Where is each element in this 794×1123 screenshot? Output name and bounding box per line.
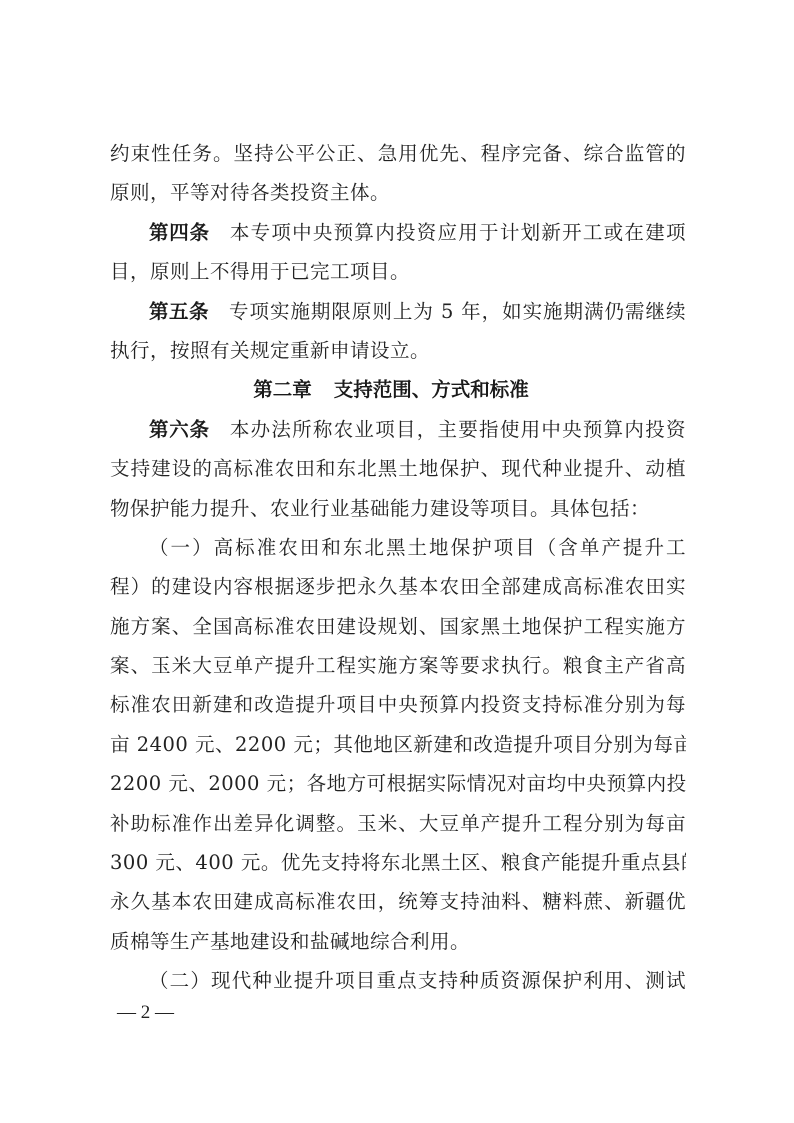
document-page: 约束性任务。坚持公平公正、急用优先、程序完备、综合监管的 原则，平等对待各类投资… (0, 0, 794, 1123)
paragraph-line: 约束性任务。坚持公平公正、急用优先、程序完备、综合监管的 (110, 134, 686, 173)
paragraph-line: 质棉等生产基地建设和盐碱地综合利用。 (110, 922, 686, 961)
item-1-first-line: （一）高标准农田和东北黑土地保护项目（含单产提升工 (110, 528, 686, 567)
document-body: 约束性任务。坚持公平公正、急用优先、程序完备、综合监管的 原则，平等对待各类投资… (110, 134, 686, 1001)
article-text: 专项实施期限原则上为 5 年，如实施期满仍需继续 (229, 300, 686, 323)
article-number: 第六条 (149, 418, 210, 441)
paragraph-line: 目，原则上不得用于已完工项目。 (110, 252, 686, 291)
chapter-title: 支持范围、方式和标准 (334, 378, 529, 401)
chapter-heading: 第二章支持范围、方式和标准 (96, 370, 686, 409)
paragraph-line: 补助标准作出差异化调整。玉米、大豆单产提升工程分别为每亩 (110, 804, 686, 843)
paragraph-line: 原则，平等对待各类投资主体。 (110, 173, 686, 212)
paragraph-line: 永久基本农田建成高标准农田，统筹支持油料、糖料蔗、新疆优 (110, 882, 686, 921)
item-2-first-line: （二）现代种业提升项目重点支持种质资源保护利用、测试 (110, 961, 686, 1000)
chapter-number: 第二章 (253, 378, 312, 401)
paragraph-line: 亩 2400 元、2200 元；其他地区新建和改造提升项目分别为每亩 (110, 725, 686, 764)
paragraph-line: 支持建设的高标准农田和东北黑土地保护、现代种业提升、动植 (110, 449, 686, 488)
paragraph-line: 案、玉米大豆单产提升工程实施方案等要求执行。粮食主产省高 (110, 646, 686, 685)
paragraph-line: 施方案、全国高标准农田建设规划、国家黑土地保护工程实施方 (110, 607, 686, 646)
article-4-first-line: 第四条本专项中央预算内投资应用于计划新开工或在建项 (110, 213, 686, 252)
article-number: 第五条 (149, 300, 209, 323)
article-text: 本办法所称农业项目，主要指使用中央预算内投资 (230, 418, 686, 441)
article-6-first-line: 第六条本办法所称农业项目，主要指使用中央预算内投资 (110, 410, 686, 449)
paragraph-line: 物保护能力提升、农业行业基础能力建设等项目。具体包括： (110, 489, 686, 528)
paragraph-line: 标准农田新建和改造提升项目中央预算内投资支持标准分别为每 (110, 685, 686, 724)
article-number: 第四条 (149, 221, 210, 244)
paragraph-line: 执行，按照有关规定重新申请设立。 (110, 331, 686, 370)
article-text: 本专项中央预算内投资应用于计划新开工或在建项 (230, 221, 686, 244)
paragraph-line: 程）的建设内容根据逐步把永久基本农田全部建成高标准农田实 (110, 567, 686, 606)
paragraph-line: 300 元、400 元。优先支持将东北黑土区、粮食产能提升重点县的 (110, 843, 686, 882)
page-number: — 2 — (117, 1000, 174, 1026)
paragraph-line: 2200 元、2000 元；各地方可根据实际情况对亩均中央预算内投资 (110, 764, 686, 803)
article-5-first-line: 第五条专项实施期限原则上为 5 年，如实施期满仍需继续 (110, 292, 686, 331)
